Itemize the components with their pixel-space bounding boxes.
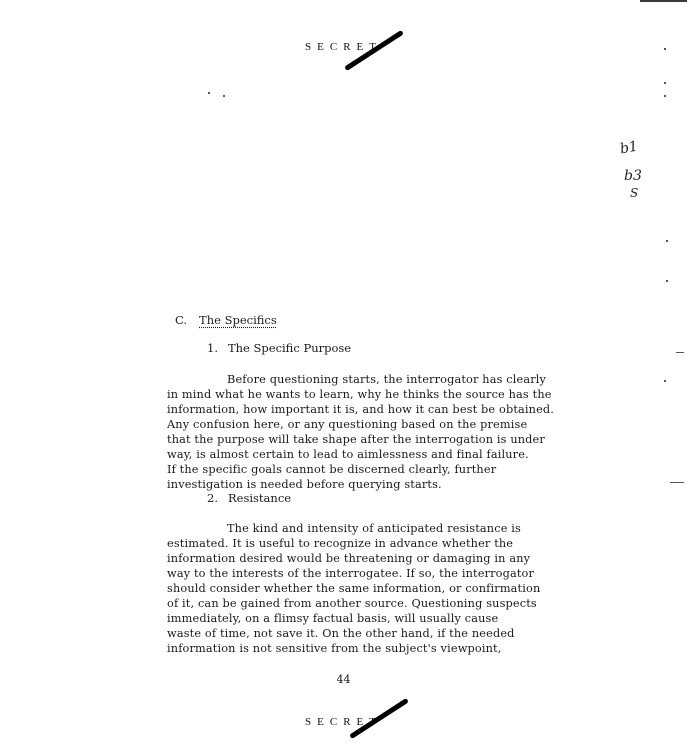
margin-note-b1: b1 xyxy=(619,139,639,158)
margin-note-b3: b3 xyxy=(624,168,642,184)
subsection-title: Resistance xyxy=(228,491,291,505)
margin-note-s: S xyxy=(630,186,638,200)
scan-speck xyxy=(223,95,225,97)
classification-marking-top: SECRET xyxy=(0,41,687,53)
scan-speck xyxy=(666,280,668,282)
text-line: immediately, on a flimsy factual basis, … xyxy=(167,611,577,626)
paragraph-resistance: The kind and intensity of anticipated re… xyxy=(167,521,577,656)
text-line: The kind and intensity of anticipated re… xyxy=(167,521,577,536)
text-line: way to the interests of the interrogatee… xyxy=(167,566,577,581)
scan-speck xyxy=(676,352,684,353)
page-number: 44 xyxy=(0,673,687,686)
text-line: information is not sensitive from the su… xyxy=(167,641,577,656)
text-line: estimated. It is useful to recognize in … xyxy=(167,536,577,551)
text-line: waste of time, not save it. On the other… xyxy=(167,626,577,641)
scan-edge-mark xyxy=(640,0,687,2)
scan-speck xyxy=(208,92,210,94)
text-line: Before questioning starts, the interroga… xyxy=(167,372,577,387)
scan-speck xyxy=(664,82,666,84)
section-title: The Specifics xyxy=(199,313,277,327)
text-line: Any confusion here, or any questioning b… xyxy=(167,417,577,432)
text-line: should consider whether the same informa… xyxy=(167,581,577,596)
scan-speck xyxy=(666,240,668,242)
text-line: If the specific goals cannot be discerne… xyxy=(167,462,577,477)
text-line: that the purpose will take shape after t… xyxy=(167,432,577,447)
section-heading: C.The Specifics xyxy=(175,313,277,327)
subsection-heading-1: 1.The Specific Purpose xyxy=(207,341,351,355)
text-line: investigation is needed before querying … xyxy=(167,477,577,492)
subsection-title: The Specific Purpose xyxy=(228,341,351,355)
scan-speck xyxy=(664,95,666,97)
paragraph-specific-purpose: Before questioning starts, the interroga… xyxy=(167,372,577,492)
text-line: way, is almost certain to lead to aimles… xyxy=(167,447,577,462)
classification-marking-bottom: SECRET xyxy=(0,716,687,728)
text-line: information, how important it is, and ho… xyxy=(167,402,577,417)
text-line: information desired would be threatening… xyxy=(167,551,577,566)
subsection-number: 1. xyxy=(207,341,218,355)
subsection-heading-2: 2.Resistance xyxy=(207,491,291,505)
text-line: in mind what he wants to learn, why he t… xyxy=(167,387,577,402)
subsection-number: 2. xyxy=(207,491,218,505)
section-letter: C. xyxy=(175,313,187,327)
scan-speck xyxy=(664,380,666,382)
scan-speck xyxy=(670,482,684,483)
text-line: of it, can be gained from another source… xyxy=(167,596,577,611)
scan-speck xyxy=(664,48,666,50)
